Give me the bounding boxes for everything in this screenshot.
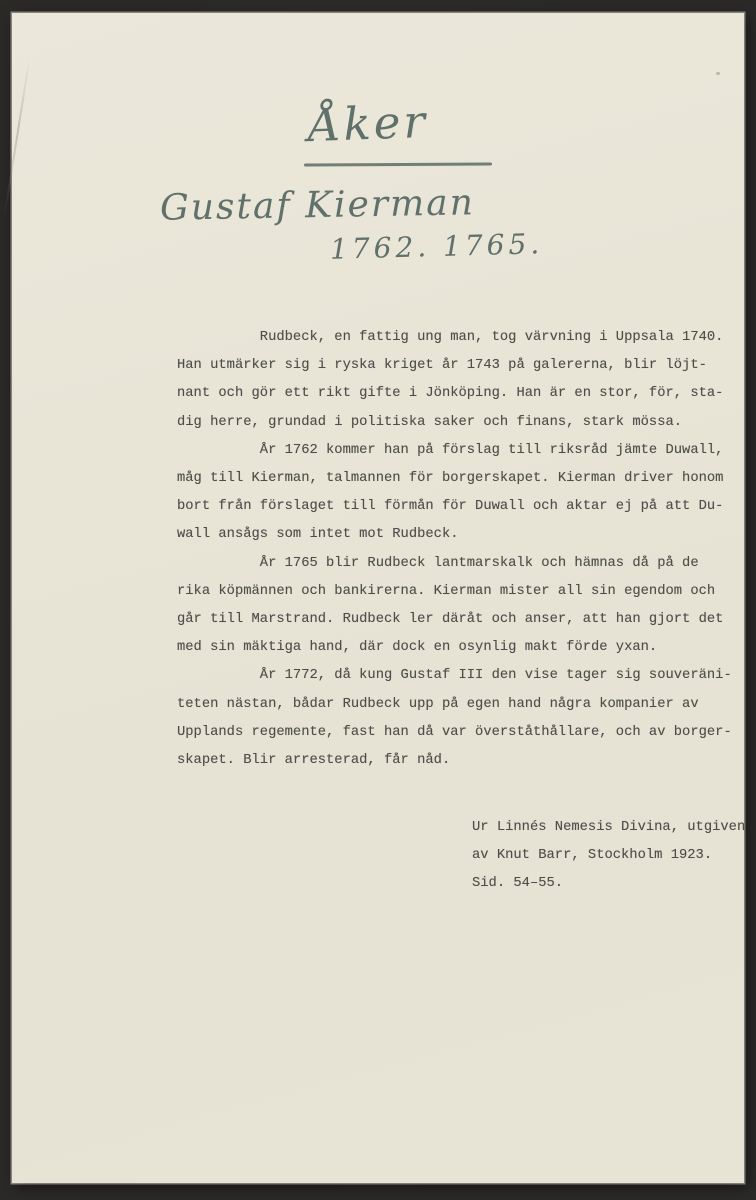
typescript-paragraph-1: Rudbeck, en fattig ung man, tog värvning… [177, 324, 737, 437]
handwritten-years: 1762. 1765. [330, 227, 544, 266]
typescript-paragraph-2: År 1762 kommer han på förslag till riksr… [177, 437, 737, 550]
handwritten-author-name: Gustaf Kierman [160, 182, 475, 228]
typescript-paragraph-4: År 1772, då kung Gustaf III den vise tag… [177, 662, 737, 775]
scan-background: Åker Gustaf Kierman 1762. 1765. Rudbeck,… [0, 0, 756, 1200]
paper-speck [716, 72, 720, 75]
handwritten-title: Åker [307, 95, 429, 152]
document-page: Åker Gustaf Kierman 1762. 1765. Rudbeck,… [12, 13, 744, 1183]
paper-crease [3, 58, 30, 216]
source-attribution: Ur Linnés Nemesis Divina, utgiven av Knu… [472, 814, 745, 899]
typescript-paragraph-3: År 1765 blir Rudbeck lantmarskalk och hä… [177, 550, 737, 663]
handwritten-title-underline [304, 163, 492, 166]
typescript-body: Rudbeck, en fattig ung man, tog värvning… [177, 324, 737, 775]
